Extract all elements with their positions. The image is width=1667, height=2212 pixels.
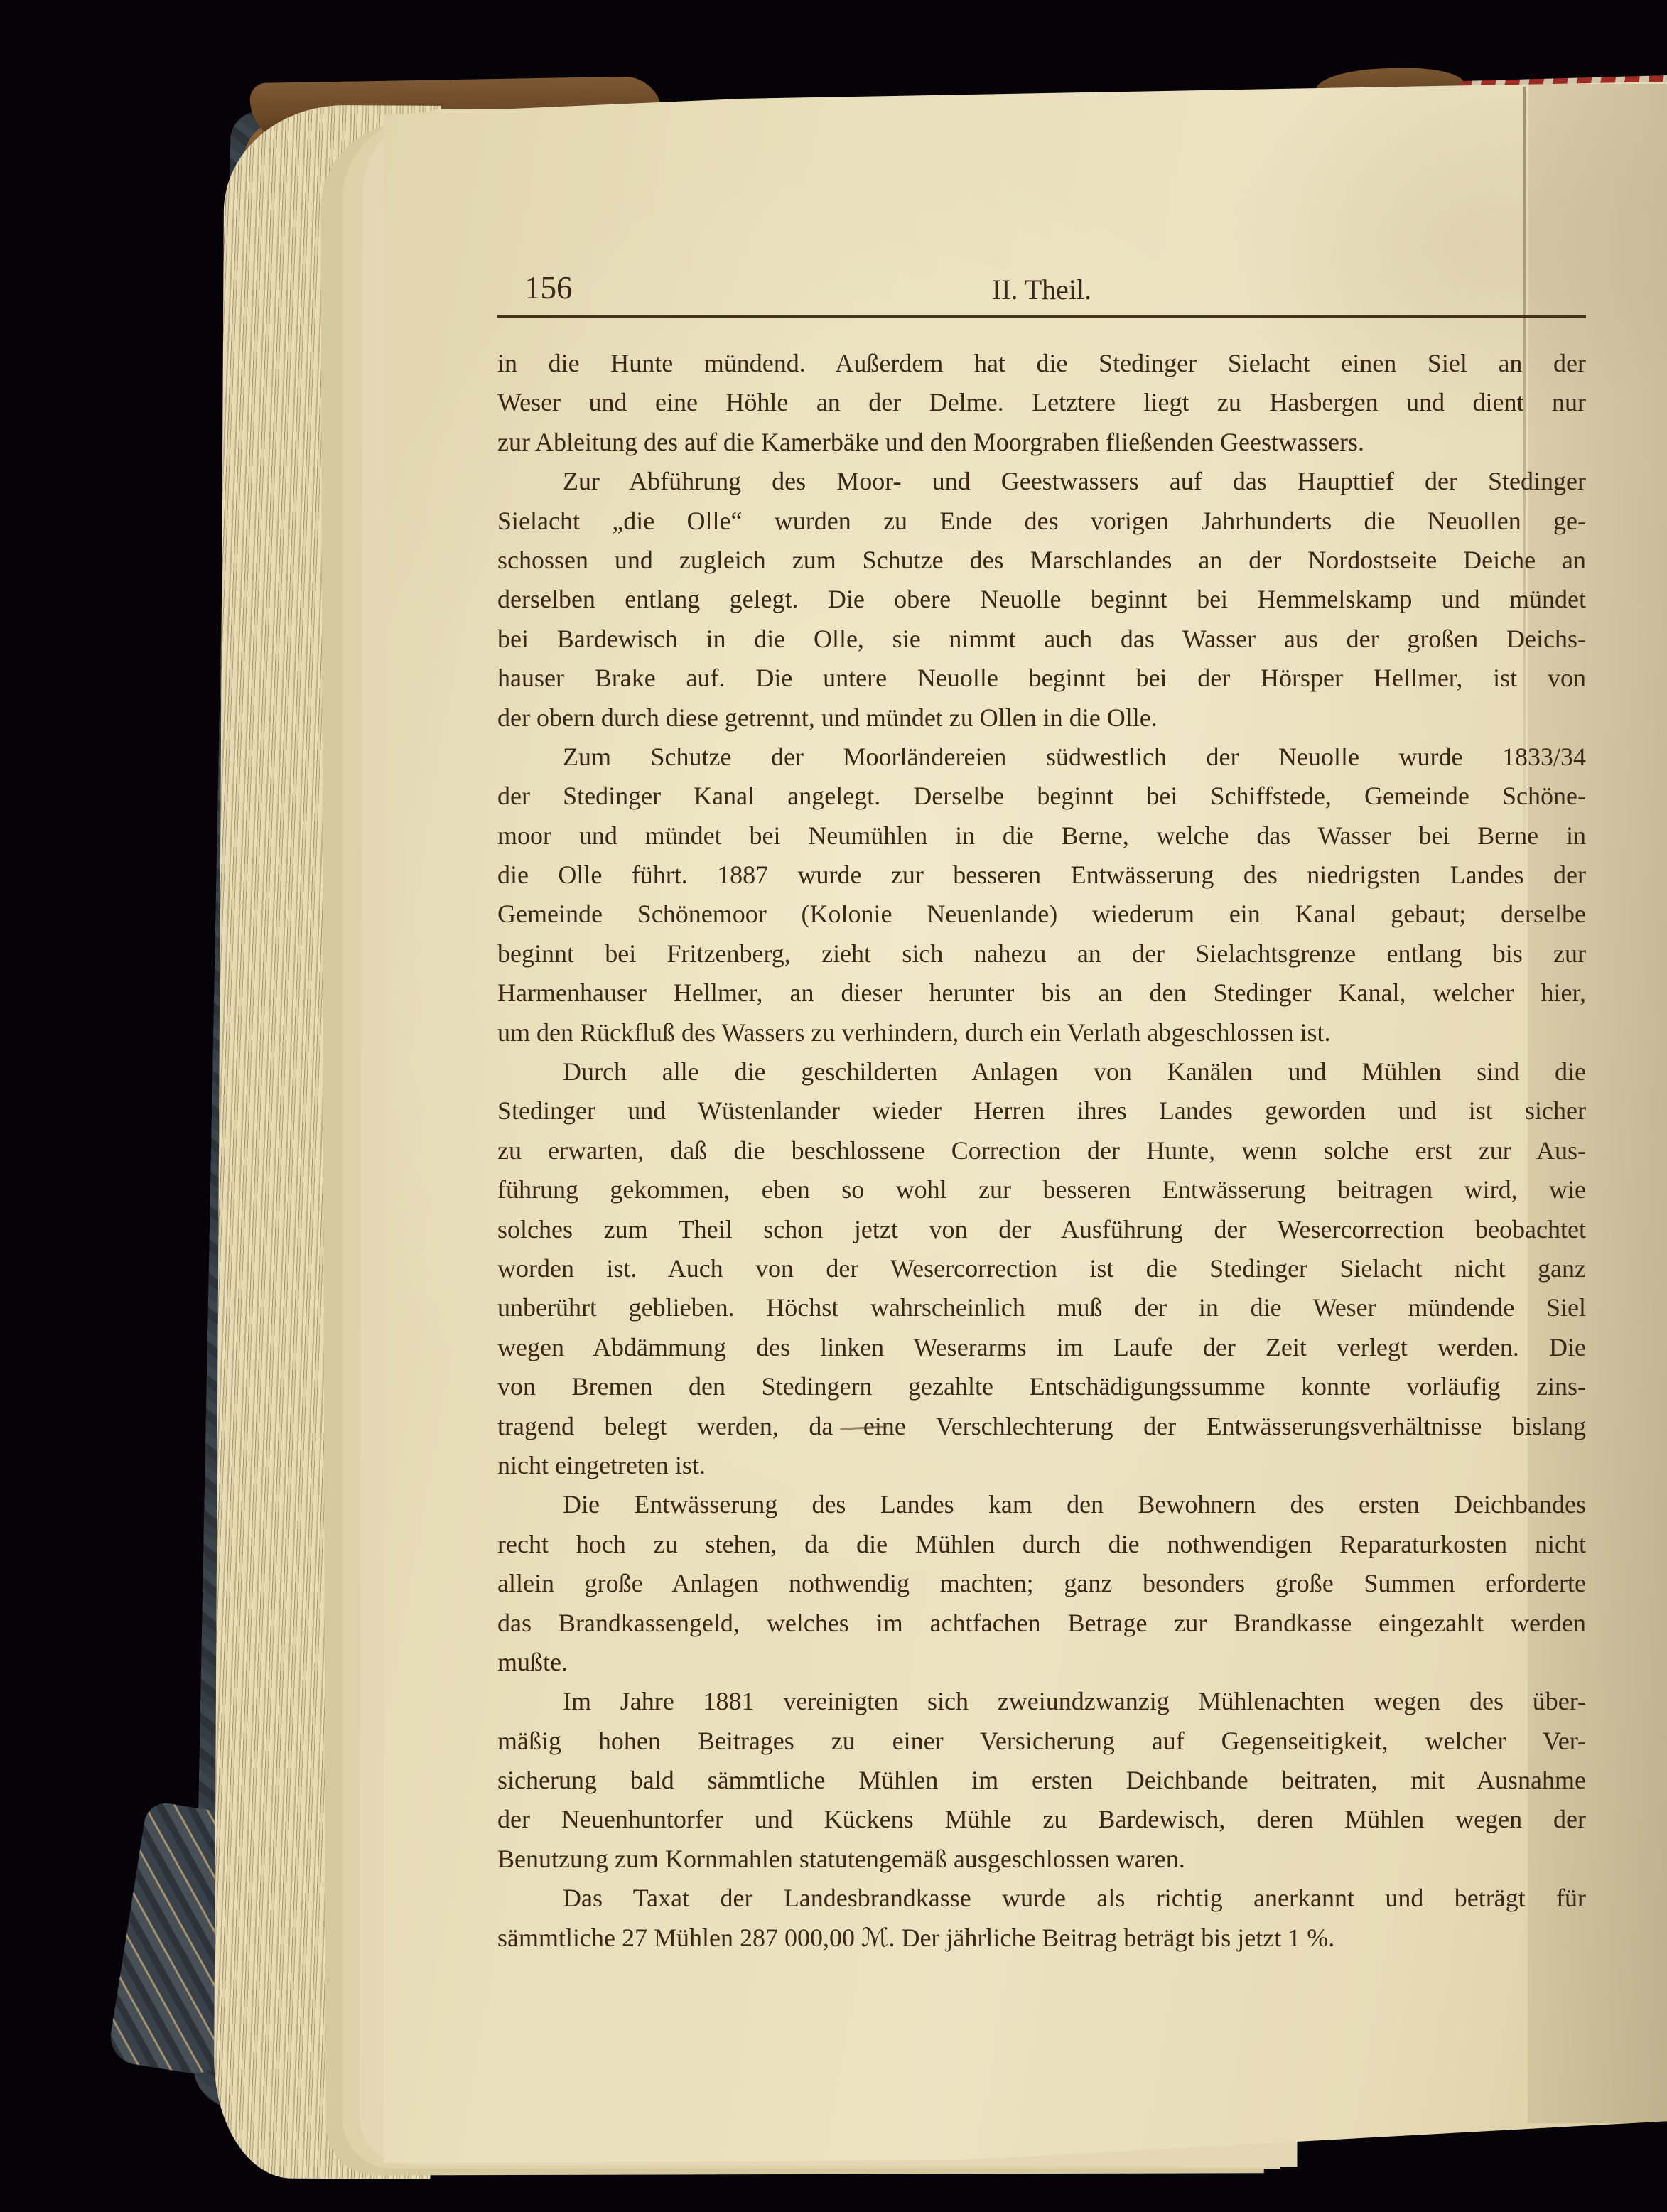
text-line: Benutzung zum Kornmahlen statutengemäß a… bbox=[497, 1840, 1586, 1879]
text-line: Durch alle die geschilderten Anlagen von… bbox=[497, 1052, 1586, 1091]
text-line: der obern durch diese getrennt, und münd… bbox=[497, 698, 1586, 738]
text-line: worden ist. Auch von der Wesercorrection… bbox=[497, 1249, 1586, 1288]
text-line: mußte. bbox=[497, 1643, 1586, 1682]
text-line: Stedinger und Wüstenlander wieder Herren… bbox=[497, 1091, 1586, 1131]
text-line: Im Jahre 1881 vereinigten sich zweiundzw… bbox=[497, 1682, 1586, 1721]
text-line: hauser Brake auf. Die untere Neuolle beg… bbox=[497, 659, 1586, 698]
text-line: schossen und zugleich zum Schutze des Ma… bbox=[497, 541, 1586, 580]
text-line: bei Bardewisch in die Olle, sie nimmt au… bbox=[497, 620, 1586, 659]
text-line: der Stedinger Kanal angelegt. Derselbe b… bbox=[497, 777, 1586, 816]
text-line: Sielacht „die Olle“ wurden zu Ende des v… bbox=[497, 502, 1586, 541]
text-line: Die Entwässerung des Landes kam den Bewo… bbox=[497, 1485, 1586, 1524]
text-line: tragend belegt werden, da eine Verschlec… bbox=[497, 1407, 1586, 1446]
text-line: der Neuenhuntorfer und Kückens Mühle zu … bbox=[497, 1800, 1586, 1839]
text-line: zur Ableitung des auf die Kamerbäke und … bbox=[497, 423, 1586, 462]
text-line: mäßig hohen Beitrages zu einer Versicher… bbox=[497, 1722, 1586, 1761]
text-line: in die Hunte mündend. Außerdem hat die S… bbox=[497, 344, 1586, 383]
text-line: Zum Schutze der Moorländereien südwestli… bbox=[497, 738, 1586, 777]
text-line: das Brandkassengeld, welches im achtfach… bbox=[497, 1604, 1586, 1643]
book-scan-photo: 156 II. Theil. in die Hunte mündend. Auß… bbox=[0, 0, 1667, 2212]
text-line: wegen Abdämmung des linken Weserarms im … bbox=[497, 1328, 1586, 1367]
running-header: 156 II. Theil. bbox=[497, 261, 1586, 304]
text-line: allein große Anlagen nothwendig machten;… bbox=[497, 1564, 1586, 1603]
text-line: sicherung bald sämmtliche Mühlen im erst… bbox=[497, 1761, 1586, 1800]
text-line: moor und mündet bei Neumühlen in die Ber… bbox=[497, 816, 1586, 856]
text-line: Zur Abführung des Moor- und Geestwassers… bbox=[497, 462, 1586, 501]
text-line: solches zum Theil schon jetzt von der Au… bbox=[497, 1210, 1586, 1249]
text-line: unberührt geblieben. Höchst wahrscheinli… bbox=[497, 1288, 1586, 1327]
text-line: um den Rückfluß des Wassers zu verhinder… bbox=[497, 1013, 1586, 1052]
text-line: nicht eingetreten ist. bbox=[497, 1446, 1586, 1485]
page-number: 156 bbox=[524, 272, 573, 304]
header-title: II. Theil. bbox=[992, 276, 1091, 304]
text-line: Harmenhauser Hellmer, an dieser herunter… bbox=[497, 973, 1586, 1013]
text-line: von Bremen den Stedingern gezahlte Entsc… bbox=[497, 1367, 1586, 1406]
text-block: in die Hunte mündend. Außerdem hat die S… bbox=[497, 344, 1586, 1958]
printed-content: 156 II. Theil. in die Hunte mündend. Auß… bbox=[497, 261, 1586, 1958]
text-line: Weser und eine Höhle an der Delme. Letzt… bbox=[497, 383, 1586, 422]
text-line: Gemeinde Schönemoor (Kolonie Neuenlande)… bbox=[497, 895, 1586, 934]
text-line: zu erwarten, daß die beschlossene Correc… bbox=[497, 1131, 1586, 1170]
text-line: führung gekommen, eben so wohl zur besse… bbox=[497, 1170, 1586, 1209]
text-line: beginnt bei Fritzenberg, zieht sich nahe… bbox=[497, 934, 1586, 973]
text-line: recht hoch zu stehen, da die Mühlen durc… bbox=[497, 1525, 1586, 1564]
header-rule bbox=[497, 313, 1586, 318]
text-line: Das Taxat der Landesbrandkasse wurde als… bbox=[497, 1879, 1586, 1918]
text-line: sämmtliche 27 Mühlen 287 000,00 ℳ. Der j… bbox=[497, 1919, 1586, 1958]
text-line: die Olle führt. 1887 wurde zur besseren … bbox=[497, 856, 1586, 895]
text-line: derselben entlang gelegt. Die obere Neuo… bbox=[497, 580, 1586, 619]
